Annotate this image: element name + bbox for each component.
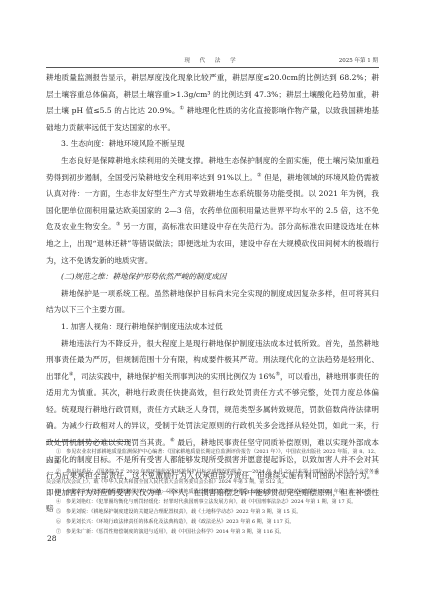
paragraph: 生态良好是保障耕地永续利用的关键支撑。耕地生态保护制度的全面实施，使土壤污染加重… bbox=[46, 153, 379, 269]
section-heading: (二)规范之维：耕地保护形势依然严峻的制度成因 bbox=[46, 269, 379, 286]
page-number: 28 bbox=[47, 534, 57, 543]
header-divider bbox=[46, 67, 379, 68]
footnote: ⑦ 参见朱广新：《惩罚性赔偿制度的演进与适用》，载《中国社会科学》2014 年第… bbox=[46, 527, 379, 537]
paragraph: 耕地保护是一项系统工程。虽然耕地保护目标尚未完全实现的制度成因复杂多样，但可将其… bbox=[46, 286, 379, 319]
footnote: ④ 参见刘艳红：《犯罪圈均衡化与刑罚轻缓化：轻罪时代我国刑事立法发展方向》，载《… bbox=[46, 497, 379, 507]
footnote: ⑤ 参见刘锐：《耕地保护制度建设的关键是合理配置权责》，载《土地科学动态》202… bbox=[46, 507, 379, 517]
paragraph-text: ，可以看出，耕地刑事责任的适用尤为慎重。其次，耕地行政责任快捷高效，但行政处罚责… bbox=[46, 372, 379, 447]
footnote: ① 参见农业农村部耕地质量监测保护中心编著：《国家耕地质量长期定位监测评价报告（… bbox=[46, 447, 379, 467]
subsection-heading: 3. 生态向度：耕地环境风险不断呈现 bbox=[46, 136, 379, 153]
footnote-divider bbox=[46, 441, 130, 442]
paragraph: 耕地质量监测报告显示，耕层厚度浅化现象比较严重，耕层厚度≤20.0cm的比例达到… bbox=[46, 70, 379, 136]
footnote: ⑥ 参见刘长兴：《环境行政法律责任的体系化及法典构造》，载《政法论丛》2023 … bbox=[46, 517, 379, 527]
subsection-heading: 1. 加害人视角：现行耕地保护制度违法成本过低 bbox=[46, 319, 379, 336]
journal-title: 现 代 法 学 bbox=[46, 56, 378, 64]
running-header: 现 代 法 学 2025 年第 1 期 bbox=[46, 56, 378, 67]
footnote: ③ 参见农业农村部耕地质量监测保护中心编著：《国家耕地质量长期定位监测评价报告（… bbox=[46, 487, 379, 497]
paragraph-text: ，司法实践中，耕地保护相关刑事判决的实刑比例仅为 16% bbox=[73, 372, 275, 381]
footnote: ② 参见赵英民：《国务院关于 2023 年度环境状况和环境保护目标完成情况的报告… bbox=[46, 467, 379, 487]
issue-label: 2025 年第 1 期 bbox=[339, 56, 378, 64]
footnotes: ① 参见农业农村部耕地质量监测保护中心编著：《国家耕地质量长期定位监测评价报告（… bbox=[46, 447, 379, 537]
